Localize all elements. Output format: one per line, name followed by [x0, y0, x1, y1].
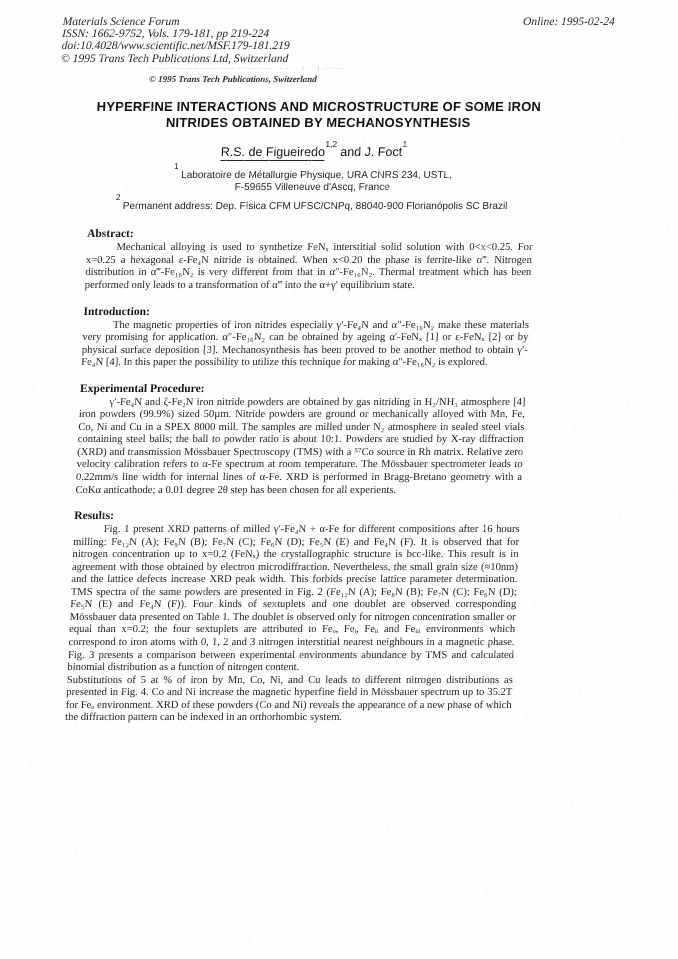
- affiliation-2-marker: 2: [115, 192, 120, 202]
- affiliation-1-line-2: F-59655 Villeneuve d'Ascq, France: [89, 182, 536, 195]
- introduction-heading: Introduction:: [83, 306, 530, 318]
- affiliation-1-marker: 1: [174, 161, 179, 171]
- affiliation-1-text: Laboratoire de Métallurgie Physique, URA…: [178, 170, 452, 181]
- online-date: Online: 1995-02-24: [523, 16, 615, 28]
- affiliation-2: 2 Permanent address: Dep. Física CFM UFS…: [88, 201, 535, 214]
- abstract-paragraph: Mechanical alloying is used to synthetiz…: [84, 242, 532, 292]
- author-2-affiliation-marker: 1: [402, 139, 407, 149]
- author-1-affiliation-marker: 1,2: [325, 139, 337, 149]
- section-results: Results: Fig. 1 present XRD patterns of …: [65, 510, 521, 725]
- copyright-line: © 1995 Trans Tech Publications Ltd, Swit…: [61, 53, 290, 65]
- abstract-heading: Abstract:: [87, 228, 534, 240]
- affiliation-1-line-1: 1 Laboratoire de Métallurgie Physique, U…: [89, 170, 536, 183]
- results-heading: Results:: [74, 510, 521, 522]
- journal-header-left: Materials Science Forum ISSN: 1662-9752,…: [61, 16, 291, 65]
- paper-title: HYPERFINE INTERACTIONS AND MICROSTRUCTUR…: [92, 99, 545, 132]
- introduction-paragraph: The magnetic properties of iron nitrides…: [81, 320, 529, 370]
- author-2-name: J. Foct: [364, 145, 402, 159]
- scanned-paper-page: Materials Science Forum ISSN: 1662-9752,…: [0, 0, 678, 959]
- journal-header: Materials Science Forum ISSN: 1662-9752,…: [61, 16, 615, 65]
- section-abstract: Abstract: Mechanical alloying is used to…: [84, 228, 533, 292]
- journal-name: Materials Science Forum: [62, 16, 291, 28]
- authors-line: R.S. de Figueiredo1,2 and J. Foct1: [91, 145, 538, 159]
- authors-connector: and: [337, 145, 365, 159]
- page-content: Materials Science Forum ISSN: 1662-9752,…: [65, 16, 543, 725]
- section-experimental-procedure: Experimental Procedure: γ′-Fe₄N and ζ-Fe…: [75, 383, 526, 497]
- results-paragraph-2: Substitutions of 5 at % of iron by Mn, C…: [65, 675, 513, 725]
- illegible-scan-artifact-line: -·—–-·–— ——–-·–– -–— –·–—–– ––– -·- –– (…: [149, 66, 384, 72]
- section-introduction: Introduction: The magnetic properties of…: [81, 306, 530, 370]
- affiliation-2-text: Permanent address: Dep. Física CFM UFSC/…: [120, 201, 508, 212]
- issn-volume-pages: ISSN: 1662-9752, Vols. 179-181, pp 219-2…: [62, 28, 291, 40]
- experimental-procedure-paragraph: γ′-Fe₄N and ζ-Fe₂N iron nitride powders …: [75, 397, 526, 497]
- author-1-name: R.S. de Figueiredo: [220, 145, 325, 161]
- publisher-copyright-stamp: © 1995 Trans Tech Publications, Switzerl…: [149, 74, 540, 84]
- doi-line: doi:10.4028/www.scientific.net/MSF.179-1…: [61, 40, 290, 52]
- experimental-procedure-heading: Experimental Procedure:: [80, 383, 527, 395]
- results-paragraph-1: Fig. 1 present XRD patterns of milled γ′…: [67, 524, 520, 675]
